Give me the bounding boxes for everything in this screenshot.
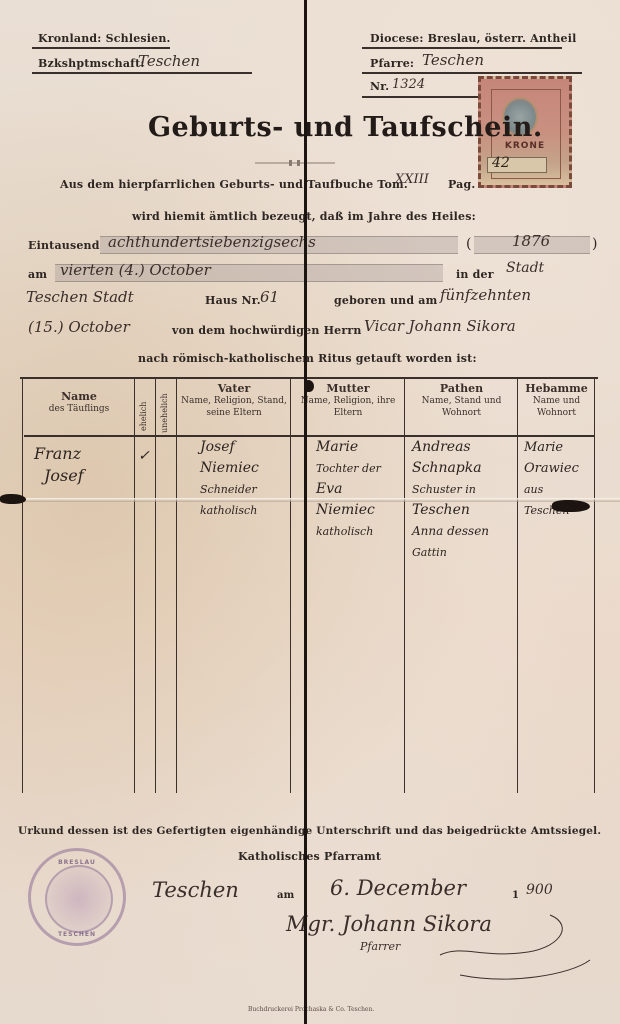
attestation-text: Urkund dessen ist des Gefertigten eigenh… [18,825,601,837]
von-label: von dem hochwürdigen Herrn [172,324,362,337]
diocese-underline [362,47,562,49]
bezirk-value: Teschen [138,52,200,70]
pag-label: Pag. [448,178,475,191]
title-ornament-icon [255,160,335,166]
hebamme-line: Marie [524,437,579,458]
vater-line: Josef [200,437,259,458]
table-hole [304,380,314,392]
mutter-line: Tochter der [316,458,381,479]
closing-am-label: am [277,890,294,901]
vater-line: katholisch [200,500,259,521]
header-name-subtitle: des Täuflings [24,403,134,415]
right-tear [552,500,590,512]
col-divider [517,379,518,793]
intro-line-1: Aus dem hierpfarrlichen Geburts- und Tau… [60,178,408,191]
header-hebamme-subtitle: Name und Wohnort [519,395,594,419]
baptism-day-words: fünfzehnten [440,286,531,304]
hebamme-line: aus [524,479,579,500]
pathen-line: Gattin [412,542,489,563]
priest-name: Vicar Johann Sikora [364,317,516,335]
col-divider [290,379,291,793]
name-line: Josef [34,465,84,487]
paren-close: ) [592,236,598,252]
name-line: Franz [34,443,84,465]
tom-value: XXIII [395,172,429,187]
diocese-label: Diocese: Breslau, österr. Antheil [370,32,577,45]
pathen-line: Schuster in [412,479,489,500]
eintausend-label: Eintausend [28,239,100,252]
stamp-value-box: 42 [487,157,547,173]
nr-value: 1324 [392,77,425,92]
in-der-label: in der [456,268,494,281]
closing-place: Teschen [152,878,239,902]
bezirk-underline [32,72,252,74]
table-top-rule [20,377,598,379]
header-name-title: Name [24,391,134,403]
cell-name: Franz Josef [34,443,84,487]
pathen-line: Andreas [412,437,489,458]
vater-line: Schneider [200,479,259,500]
parish-seal-icon: BRESLAU TESCHEN [28,848,126,946]
cell-vater: Josef Niemiec Schneider katholisch [200,437,259,521]
printer-imprint: Buchdruckerei Prochaska & Co. Teschen. [248,1006,374,1013]
hebamme-line: Orawiec [524,458,579,479]
year-words: achthundertsiebenzigsechs [108,233,316,251]
mutter-line: katholisch [316,521,381,542]
left-tear [0,494,26,504]
closing-year-prefix: 1 [512,890,519,901]
mutter-line: Marie [316,437,381,458]
nr-underline [362,96,480,98]
header-unehelich: unehelich [160,383,169,433]
col-divider [594,379,595,793]
seal-emblem [45,865,113,933]
kronland-underline [32,47,170,49]
col-divider [176,379,177,793]
table-header-rule [24,435,594,437]
nr-label: Nr. [370,80,389,93]
year-number: 1876 [512,232,550,250]
baptism-date: (15.) October [28,318,130,336]
parish-office: Katholisches Pfarramt [238,850,381,863]
header-hebamme-title: Hebamme [519,383,594,395]
mutter-line: Niemiec [316,500,381,521]
kronland-label: Kronland: Schlesien. [38,32,171,45]
paren-open: ( [466,236,472,252]
birth-day: vierten (4.) October [60,261,211,279]
header-vater-subtitle: Name, Religion, Stand, seine Eltern [178,395,290,419]
mutter-line: Eva [316,479,381,500]
col-divider [404,379,405,793]
pathen-line: Anna dessen [412,521,489,542]
header-vater-title: Vater [178,383,290,395]
header-pathen: Pathen Name, Stand und Wohnort [406,383,517,419]
col-divider [134,379,135,793]
vertical-fold [304,0,307,1024]
am-label: am [28,268,47,281]
header-mutter-subtitle: Name, Religion, ihre Eltern [292,395,404,419]
header-ehelich: ehelich [139,385,148,431]
geboren-label: geboren und am [334,294,437,307]
col-divider [22,379,23,793]
cell-mutter: Marie Tochter der Eva Niemiec katholisch [316,437,381,542]
signature-flourish-icon [400,905,600,985]
horizontal-fold [0,498,620,502]
col-divider [155,379,156,793]
header-vater: Vater Name, Religion, Stand, seine Elter… [178,383,290,419]
ritus-line: nach römisch-katholischem Ritus getauft … [138,352,477,365]
signature-title: Pfarrer [360,940,400,953]
pfarre-value: Teschen [422,51,484,69]
header-pathen-title: Pathen [406,383,517,395]
closing-date: 6. December [330,876,466,900]
header-name: Name des Täuflings [24,391,134,415]
stamp-value: 42 [492,155,510,171]
bezirk-label: Bzkshptmschaft: [38,57,145,70]
cell-ehelich: ✓ [138,447,150,465]
haus-label: Haus Nr. [205,294,261,307]
header-pathen-subtitle: Name, Stand und Wohnort [406,395,517,419]
birth-place: Teschen Stadt [26,288,134,306]
place-type: Stadt [506,260,544,276]
pathen-line: Teschen [412,500,489,521]
pfarre-label: Pfarre: [370,57,414,70]
document-title: Geburts- und Taufschein. [148,112,543,143]
header-hebamme: Hebamme Name und Wohnort [519,383,594,419]
baptism-table: Name des Täuflings ehelich unehelich Vat… [20,377,598,795]
closing-year-suffix: 900 [526,882,553,898]
seal-bottom-text: TESCHEN [31,931,123,938]
pfarre-underline [362,72,582,74]
pathen-line: Schnapka [412,458,489,479]
vater-line: Niemiec [200,458,259,479]
haus-value: 61 [260,288,279,306]
